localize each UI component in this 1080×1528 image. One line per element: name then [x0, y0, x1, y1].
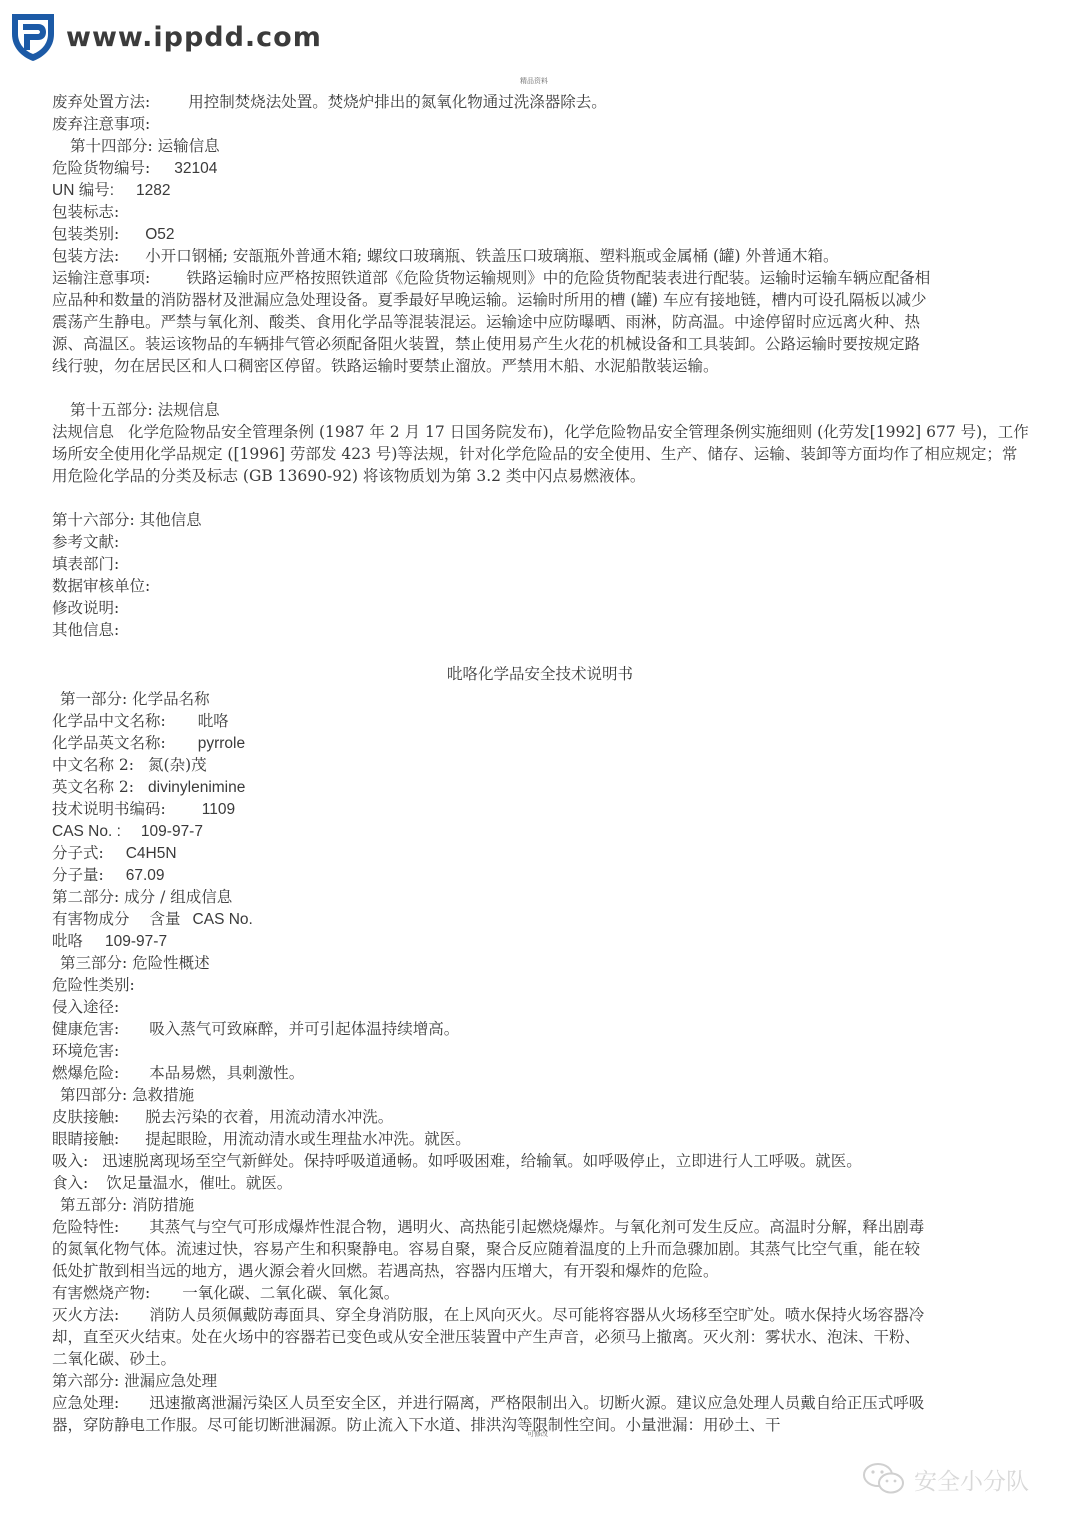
field-label: CAS No. :: [52, 823, 121, 840]
field-label: 燃爆危险:: [52, 1064, 119, 1082]
pack-method-row: 包装方法:小开口钢桶; 安瓿瓶外普通木箱; 螺纹口玻璃瓶、铁盖压口玻璃瓶、塑料瓶…: [52, 245, 838, 267]
field-label: 化学品英文名称:: [52, 734, 166, 752]
cn-name-row: 化学品中文名称:吡咯: [52, 710, 229, 732]
disposal-method-row: 废弃处置方法:用控制焚烧法处置。焚烧炉排出的氮氧化物通过洗涤器除去。: [52, 91, 607, 113]
field-label: 应急处理:: [52, 1394, 119, 1412]
column-header: CAS No.: [193, 911, 253, 928]
section-heading: 第十五部分: 法规信息: [70, 399, 220, 421]
field-value: 饮足量温水，催吐。就医。: [106, 1174, 292, 1192]
cas-row: CAS No. :109-97-7: [52, 820, 203, 843]
other-info-item: 修改说明:: [52, 597, 119, 619]
other-info-item: 其他信息:: [52, 619, 119, 641]
formula-row: 分子式:C4H5N: [52, 842, 177, 865]
field-value: C4H5N: [126, 845, 177, 862]
field-label: 灭火方法:: [52, 1306, 119, 1324]
field-value: 化学危险物品安全管理条例 (1987 年 2 月 17 日国务院发布)，化学危险…: [52, 423, 1029, 485]
page-footer-label: 可修改: [527, 1429, 548, 1439]
document-title: 吡咯化学品安全技术说明书: [0, 662, 1080, 684]
field-value: 消防人员须佩戴防毒面具、穿全身消防服，在上风向灭火。尽可能将容器从火场移至空旷处…: [52, 1306, 924, 1368]
cn-name2-row: 中文名称 2:氮(杂)茂: [52, 754, 207, 776]
section-heading: 第四部分: 急救措施: [60, 1084, 194, 1106]
field-label: 食入:: [52, 1174, 88, 1192]
field-value: 脱去污染的衣着，用流动清水冲洗。: [145, 1108, 393, 1126]
logo-text: www.ippdd.com: [66, 22, 322, 53]
field-label: 法规信息: [52, 423, 114, 441]
field-value: 109-97-7: [141, 823, 203, 840]
transport-notes-paragraph: 运输注意事项:铁路运输时应严格按照铁道部《危险货物运输规则》中的危险货物配装表进…: [52, 267, 932, 377]
field-label: 眼睛接触:: [52, 1130, 119, 1148]
hazard-class-row: 危险性类别:: [52, 974, 135, 996]
wechat-watermark: 安全小分队: [862, 1462, 1029, 1496]
section-heading: 第二部分: 成分 / 组成信息: [52, 886, 232, 908]
molecular-weight-row: 分子量:67.09: [52, 864, 165, 887]
disposal-notes-row: 废弃注意事项:: [52, 113, 150, 135]
table-cell: 吡咯: [52, 932, 83, 950]
field-label: 化学品中文名称:: [52, 712, 166, 730]
en-name-row: 化学品英文名称:pyrrole: [52, 732, 245, 755]
dg-number-row: 危险货物编号:32104: [52, 157, 217, 180]
env-hazard-row: 环境危害:: [52, 1040, 119, 1062]
other-info-item: 填表部门:: [52, 553, 119, 575]
field-label: 包装类别:: [52, 225, 119, 243]
field-value: 用控制焚烧法处置。焚烧炉排出的氮氧化物通过洗涤器除去。: [188, 93, 607, 111]
eye-contact-row: 眼睛接触:提起眼睑，用流动清水或生理盐水冲洗。就医。: [52, 1128, 471, 1150]
field-label: 技术说明书编码:: [52, 800, 166, 818]
site-logo[interactable]: www.ippdd.com: [8, 10, 322, 64]
field-value: 迅速脱离现场至空气新鲜处。保持呼吸道通畅。如呼吸困难，给输氧。如呼吸停止，立即进…: [102, 1152, 862, 1170]
section-heading: 第六部分: 泄漏应急处理: [52, 1370, 217, 1392]
field-value: 氮(杂)茂: [148, 756, 207, 774]
field-label: 英文名称 2:: [52, 778, 134, 796]
field-label: 危险特性:: [52, 1218, 119, 1236]
field-value: 迅速撤离泄漏污染区人员至安全区，并进行隔离，严格限制出入。切断火源。建议应急处理…: [52, 1394, 924, 1434]
combustion-products-row: 有害燃烧产物:一氧化碳、二氧化碳、氧化氮。: [52, 1282, 399, 1304]
field-value: pyrrole: [198, 735, 245, 752]
field-value: 1109: [202, 801, 235, 818]
field-value: 1282: [136, 182, 170, 199]
section-heading: 第十六部分: 其他信息: [52, 509, 202, 531]
field-value: 67.09: [126, 867, 165, 884]
field-label: 有害燃烧产物:: [52, 1284, 150, 1302]
wechat-icon: [862, 1462, 906, 1496]
composition-table-row: 吡咯109-97-7: [52, 930, 167, 953]
field-value: 铁路运输时应严格按照铁道部《危险货物运输规则》中的危险货物配装表进行配装。运输时…: [52, 269, 930, 375]
column-header: 含量: [150, 910, 181, 928]
field-label: 废弃处置方法:: [52, 93, 150, 111]
emergency-paragraph: 应急处理:迅速撤离泄漏污染区人员至安全区，并进行隔离，严格限制出入。切断火源。建…: [52, 1392, 932, 1436]
field-value: 一氧化碳、二氧化碳、氧化氮。: [182, 1284, 399, 1302]
un-number-row: UN 编号:1282: [52, 179, 171, 202]
skin-contact-row: 皮肤接触:脱去污染的衣着，用流动清水冲洗。: [52, 1106, 393, 1128]
field-value: 其蒸气与空气可形成爆炸性混合物，遇明火、高热能引起燃烧爆炸。与氧化剂可发生反应。…: [52, 1218, 924, 1280]
page-header-label: 精品资料: [520, 76, 548, 86]
table-cell: 109-97-7: [105, 933, 167, 950]
field-value: 提起眼睑，用流动清水或生理盐水冲洗。就医。: [145, 1130, 471, 1148]
extinguishing-paragraph: 灭火方法:消防人员须佩戴防毒面具、穿全身消防服，在上风向灭火。尽可能将容器从火场…: [52, 1304, 932, 1370]
column-header: 有害物成分: [52, 910, 130, 928]
field-label: 中文名称 2:: [52, 756, 134, 774]
field-value: 32104: [174, 160, 217, 177]
fire-hazard-row: 燃爆危险:本品易燃，具刺激性。: [52, 1062, 304, 1084]
watermark-text: 安全小分队: [914, 1463, 1029, 1496]
field-label: 吸入:: [52, 1152, 88, 1170]
section-heading: 第一部分: 化学品名称: [60, 688, 210, 710]
field-label: UN 编号:: [52, 182, 114, 199]
field-value: 吸入蒸气可致麻醉，并可引起体温持续增高。: [149, 1020, 459, 1038]
tech-code-row: 技术说明书编码:1109: [52, 798, 235, 821]
ingestion-row: 食入:饮足量温水，催吐。就医。: [52, 1172, 292, 1194]
other-info-item: 参考文献:: [52, 531, 119, 553]
field-value: 吡咯: [198, 712, 229, 730]
field-value: O52: [145, 226, 174, 243]
en-name2-row: 英文名称 2:divinylenimine: [52, 776, 245, 799]
field-label: 废弃注意事项:: [52, 115, 150, 133]
regulations-paragraph: 法规信息化学危险物品安全管理条例 (1987 年 2 月 17 日国务院发布)，…: [52, 421, 1032, 487]
inhalation-row: 吸入:迅速脱离现场至空气新鲜处。保持呼吸道通畅。如呼吸困难，给输氧。如呼吸停止，…: [52, 1150, 862, 1172]
field-label: 包装方法:: [52, 247, 119, 265]
field-label: 健康危害:: [52, 1020, 119, 1038]
health-hazard-row: 健康危害:吸入蒸气可致麻醉，并可引起体温持续增高。: [52, 1018, 459, 1040]
field-label: 运输注意事项:: [52, 269, 150, 287]
field-label: 分子量:: [52, 866, 104, 884]
pack-mark-row: 包装标志:: [52, 201, 119, 223]
field-value: 小开口钢桶; 安瓿瓶外普通木箱; 螺纹口玻璃瓶、铁盖压口玻璃瓶、塑料瓶或金属桶 …: [145, 247, 838, 265]
field-label: 分子式:: [52, 844, 104, 862]
route-row: 侵入途径:: [52, 996, 119, 1018]
field-value: 本品易燃，具刺激性。: [149, 1064, 304, 1082]
section-heading: 第五部分: 消防措施: [60, 1194, 194, 1216]
section-heading: 第三部分: 危险性概述: [60, 952, 210, 974]
field-label: 危险货物编号:: [52, 159, 150, 177]
field-value: divinylenimine: [148, 779, 245, 796]
hazard-properties-paragraph: 危险特性:其蒸气与空气可形成爆炸性混合物，遇明火、高热能引起燃烧爆炸。与氧化剂可…: [52, 1216, 932, 1282]
other-info-item: 数据审核单位:: [52, 575, 150, 597]
field-label: 皮肤接触:: [52, 1108, 119, 1126]
pack-class-row: 包装类别:O52: [52, 223, 175, 246]
shield-logo-icon: [8, 10, 58, 64]
section-heading: 第十四部分: 运输信息: [70, 135, 220, 157]
composition-table-header: 有害物成分含量CAS No.: [52, 908, 253, 931]
